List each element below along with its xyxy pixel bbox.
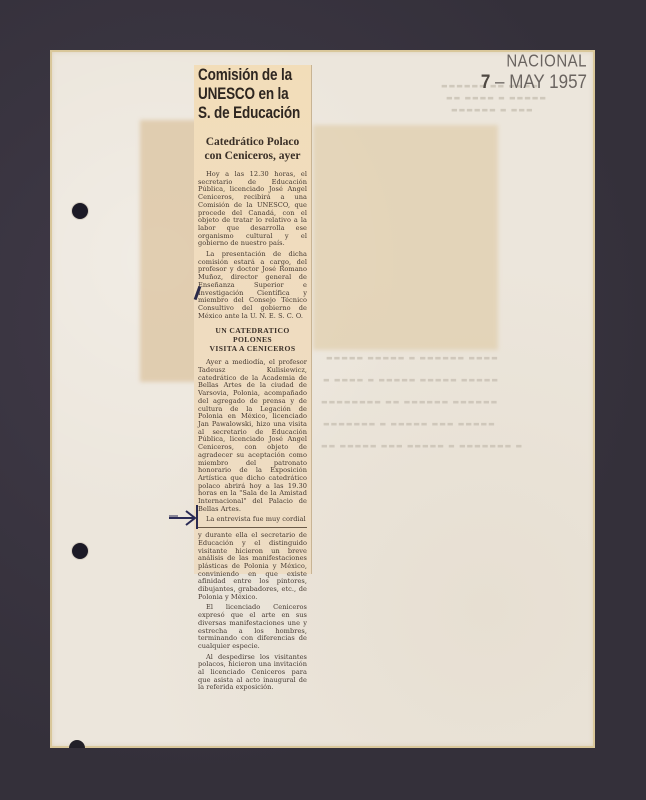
stamp-date: 7 – MAY 1957 [481,72,587,92]
date-stamp: NACIONAL 7 – MAY 1957 [481,54,587,90]
glue-stain-left [140,120,200,382]
headline-line: UNESCO en la [198,85,310,104]
bleed-through-text: ▬▬▬▬▬ ▬▬▬▬▬ ▬▬▬▬▬ ▬ ▬▬▬▬ ▬ [322,376,498,384]
bleed-through-text: ▬ ▬▬▬▬▬▬▬ ▬ ▬▬▬▬▬ ▬▬▬ ▬▬▬▬▬ ▬▬ [320,442,522,450]
paragraph: Hoy a las 12.30 horas, el secretario de … [198,171,307,248]
glue-stain-right [313,125,498,350]
clipping-body-part3: y durante ella el secretario de Educació… [198,532,307,692]
subhead-line: Catedrático Polaco [198,135,307,149]
bleed-through-text: ▬▬▬ ▬ ▬▬▬▬▬▬ [450,106,533,114]
section-head-line: UN CATEDRATICO POLONES [198,326,307,344]
paragraph: La entrevista fue muy cordial [198,516,307,524]
bleed-through-text: ▬▬▬▬▬ ▬▬▬ ▬▬▬▬▬ ▬ ▬▬▬▬▬▬▬ [322,420,495,428]
paragraph: Ayer a mediodía, el profesor Tadeusz Kul… [198,359,307,513]
clipping-headline: Comisión de la UNESCO en la S. de Educac… [198,66,310,123]
headline-line: S. de Educación [198,104,310,123]
paragraph: La presentación de dicha comisión estará… [198,251,307,320]
headline-line: Comisión de la [198,66,310,85]
bleed-through-text: ▬▬▬▬ ▬▬▬▬▬▬ ▬ ▬▬▬▬▬ ▬▬▬▬▬ [325,354,498,362]
paragraph: Al despedirse los visitantes polacos, hi… [198,654,307,693]
clipping-body-part1: Hoy a las 12.30 horas, el secretario de … [198,171,307,320]
paragraph: y durante ella el secretario de Educació… [198,532,307,601]
arrow-right-icon [168,508,198,528]
clipping-body-part2: Ayer a mediodía, el profesor Tadeusz Kul… [198,359,307,524]
punch-hole [72,543,88,559]
bleed-through-text: ▬▬▬▬▬▬ ▬▬▬▬▬▬ ▬▬ ▬▬▬▬▬▬▬▬ [320,398,497,406]
subhead-line: con Ceniceros, ayer [198,149,307,163]
punch-hole [72,203,88,219]
stamp-day: 7 [481,71,490,93]
section-head-line: VISITA A CENICEROS [198,344,307,353]
stamp-month-year: MAY 1957 [509,71,587,93]
archival-document-page: ▬▬▬▬ ▬▬ ▬▬▬▬▬▬ ▬▬▬▬▬ ▬ ▬▬▬▬ ▬▬ ▬▬▬ ▬ ▬▬▬… [50,50,595,748]
clipping-section-head: UN CATEDRATICO POLONES VISITA A CENICERO… [198,326,307,353]
paragraph: El licenciado Ceniceros expresó que el a… [198,604,307,650]
stamp-newspaper-name: NACIONAL [481,53,587,70]
column-divider [198,527,307,528]
clipping-subhead: Catedrático Polaco con Ceniceros, ayer [198,135,307,163]
newspaper-clipping: Comisión de la UNESCO en la S. de Educac… [194,65,312,574]
bleed-through-text: ▬▬▬▬▬ ▬ ▬▬▬▬ ▬▬ [445,94,546,102]
